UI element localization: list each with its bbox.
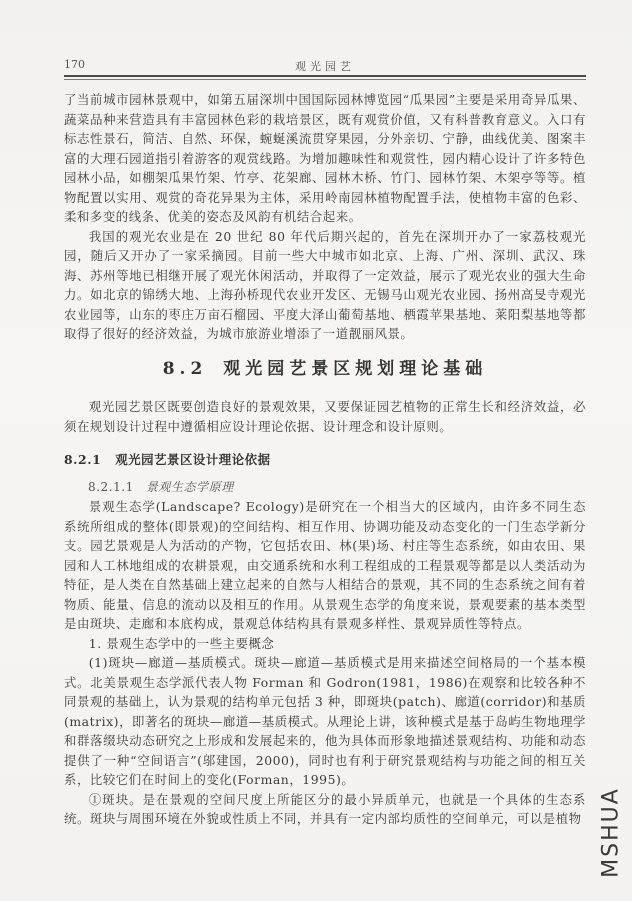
subsection-number: 8.2.1: [64, 452, 101, 467]
watermark: MSHUA: [596, 780, 626, 890]
paragraph-4: 景观生态学(Landscape? Ecology)是研究在一个相当大的区域内，由…: [64, 497, 586, 634]
paragraph-3: 观光园艺景区既要创造良好的景观效果，又要保证园艺植物的正常生长和经济效益，必须在…: [64, 397, 586, 436]
watermark-text: MSHUA: [599, 778, 624, 888]
subsubsection-heading: 8.2.1.1景观生态学原理: [64, 478, 586, 498]
subsubsection-number: 8.2.1.1: [88, 480, 134, 494]
document-page: 170 观光园艺 了当前城市园林景观中，如第五届深圳中国国际园林博览园“瓜果园”…: [0, 0, 632, 901]
subsubsection-title: 景观生态学原理: [146, 480, 234, 494]
paragraph-7: ①斑块。是在景观的空间尺度上所能区分的最小异质单元，也就是一个具体的生态系统。斑…: [64, 790, 586, 829]
paragraph-2: 我国的观光农业是在 20 世纪 80 年代后期兴起的，首先在深圳开办了一家荔枝观…: [64, 227, 586, 344]
section-heading: 8.2观光园艺景区规划理论基础: [64, 360, 586, 380]
header-rule-thick: [64, 75, 586, 77]
running-title: 观光园艺: [64, 58, 586, 74]
section-number: 8.2: [163, 359, 208, 379]
page-header: 170 观光园艺: [64, 58, 586, 76]
paragraph-6: (1)斑块—廊道—基质模式。斑块—廊道—基质模式是用来描述空间格局的一个基本模式…: [64, 653, 586, 790]
paragraph-1: 了当前城市园林景观中，如第五届深圳中国国际园林博览园“瓜果园”主要是采用奇异瓜果…: [64, 90, 586, 227]
body-text: 了当前城市园林景观中，如第五届深圳中国国际园林博览园“瓜果园”主要是采用奇异瓜果…: [64, 90, 586, 829]
subsection-title: 观光园艺景区设计理论依据: [115, 452, 270, 467]
section-title: 观光园艺景区规划理论基础: [223, 359, 487, 379]
subsection-heading: 8.2.1观光园艺景区设计理论依据: [64, 450, 586, 470]
paragraph-5: 1. 景观生态学中的一些主要概念: [64, 634, 586, 654]
header-rule-thin: [64, 79, 586, 80]
